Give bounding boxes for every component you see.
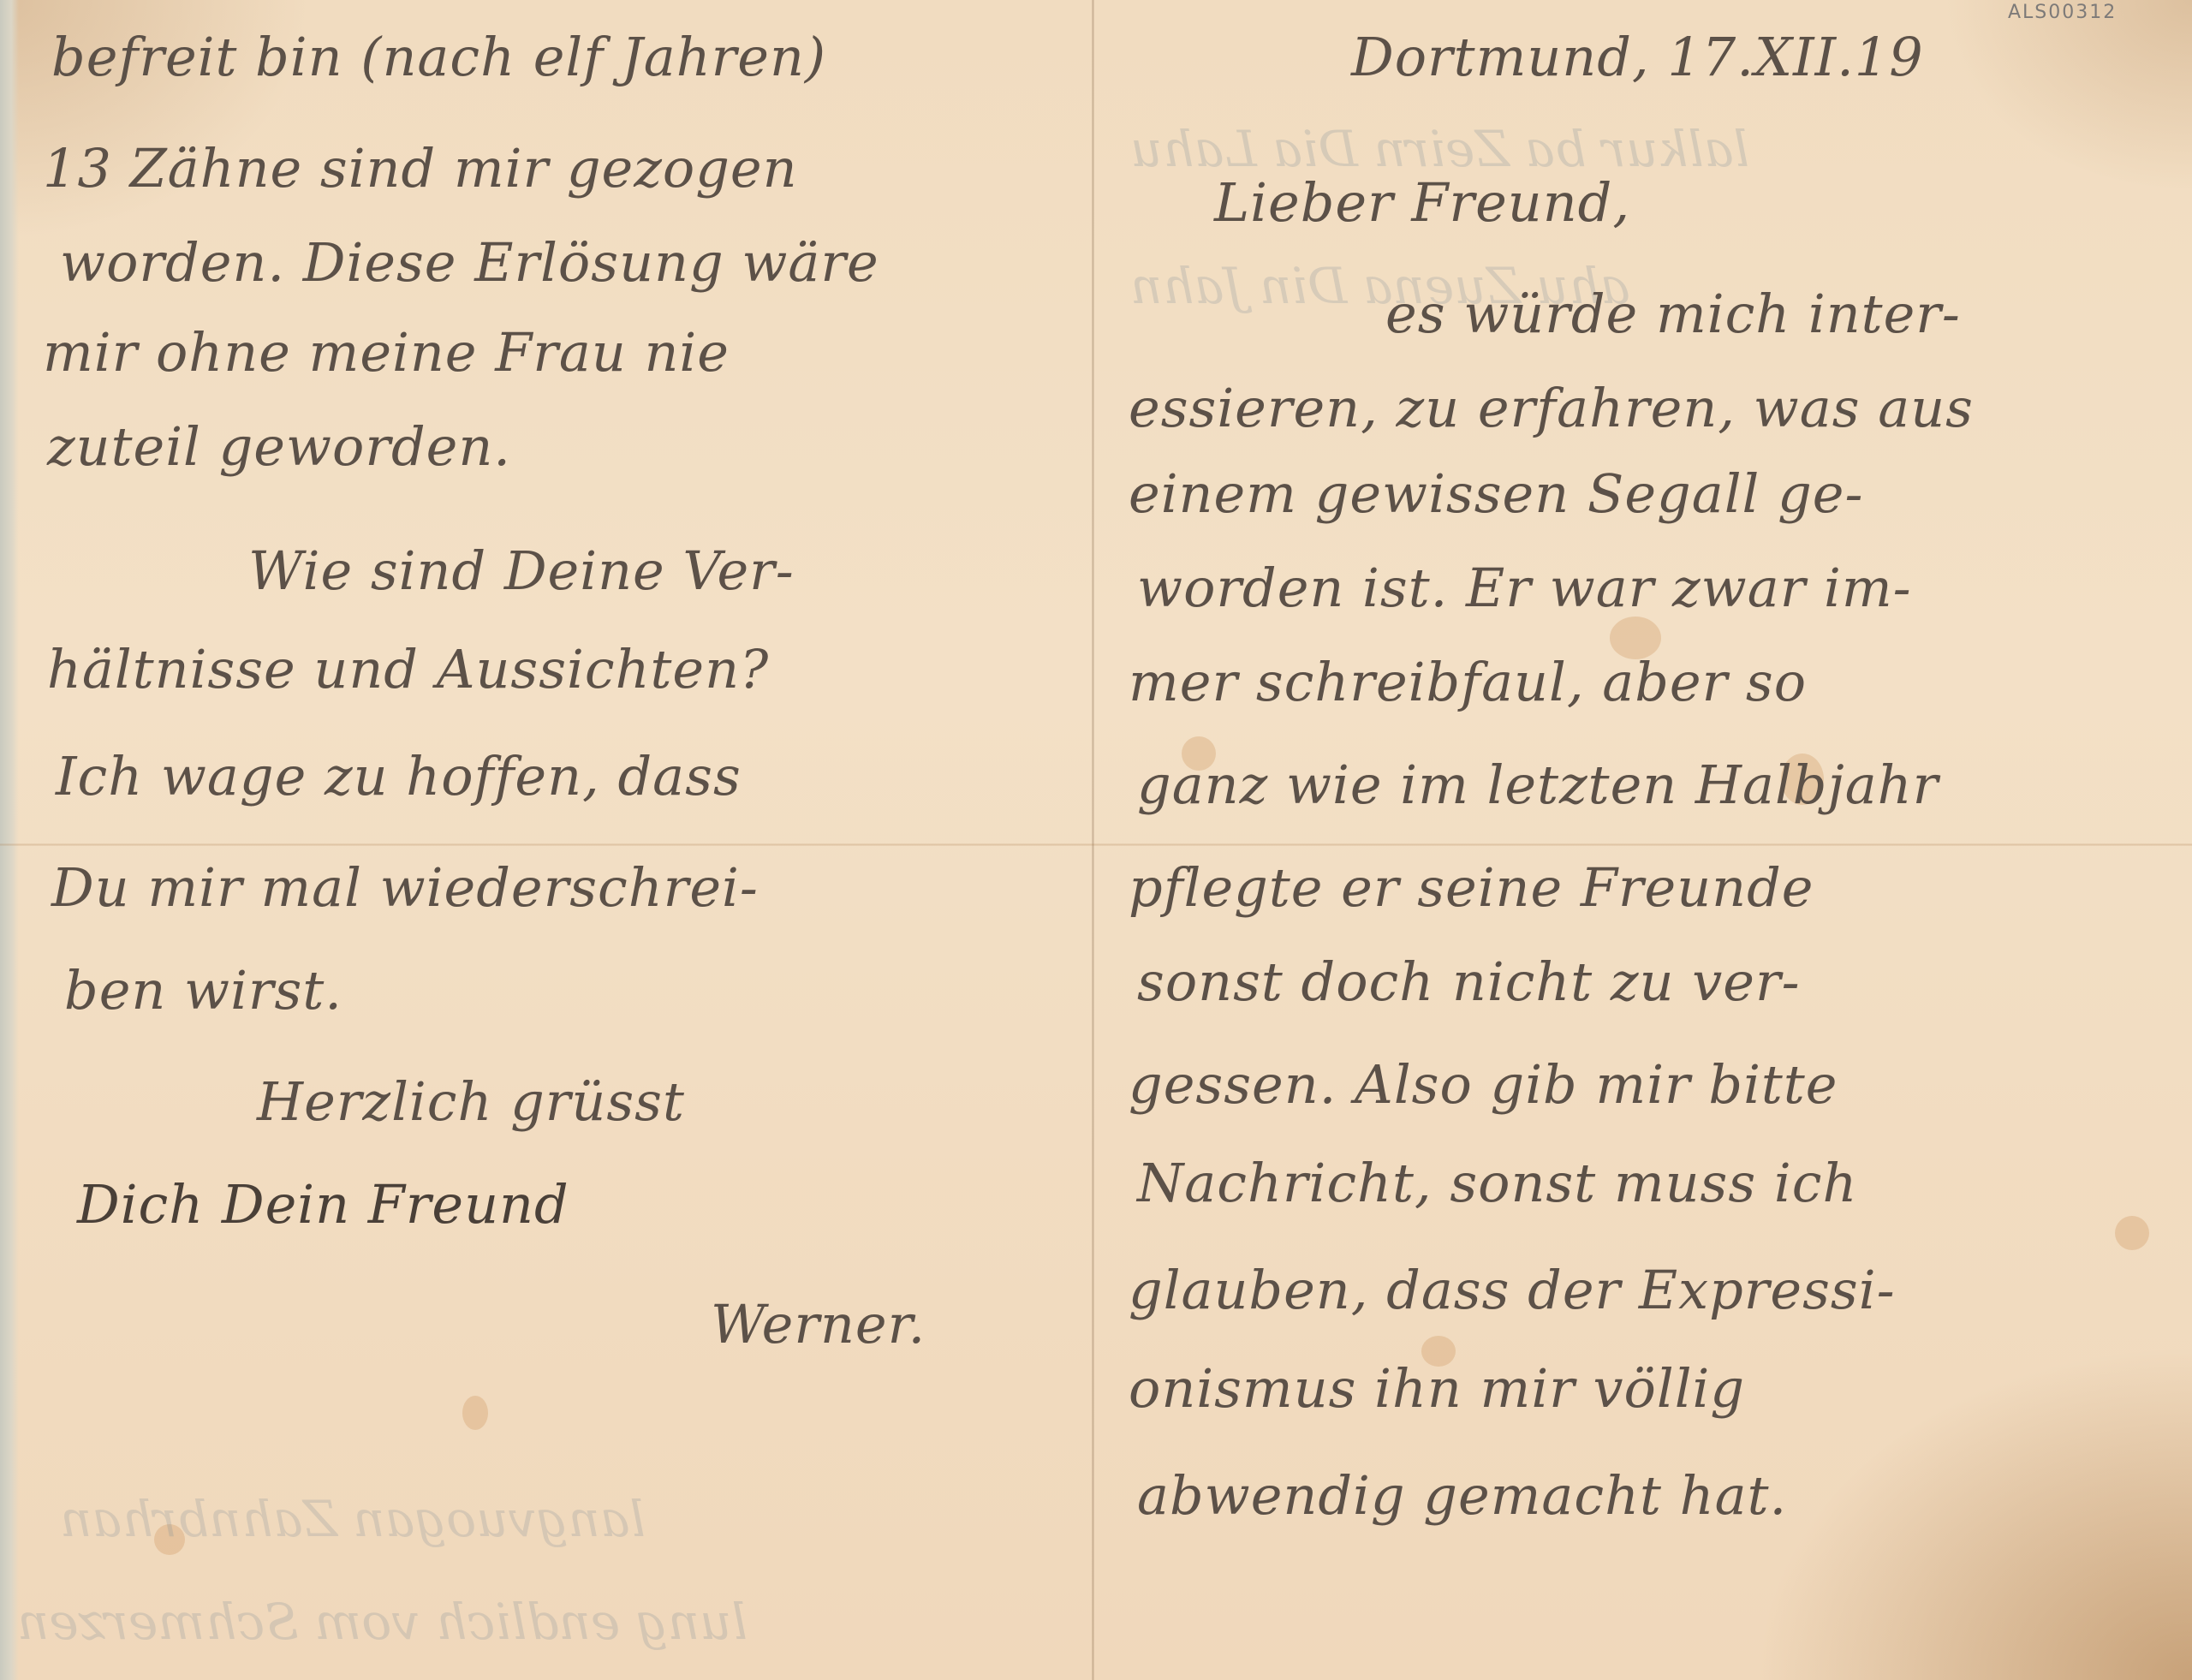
letter-sheet: lalkur ba Zeirn Dia Lahu ahu Zuena Din J…: [0, 0, 2192, 1680]
letter-line: pflegte er seine Freunde: [1129, 856, 1814, 919]
letter-line: Du mir mal wiederschrei-: [51, 856, 759, 919]
letter-line: worden ist. Er war zwar im-: [1137, 557, 1912, 619]
letter-line: mer schreibfaul, aber so: [1129, 651, 1807, 713]
signature: Werner.: [711, 1293, 926, 1355]
letter-line: befreit bin (nach elf Jahren): [51, 26, 826, 88]
letter-line: es würde mich inter-: [1385, 283, 1961, 345]
letter-line: 13 Zähne sind mir gezogen: [43, 137, 798, 200]
letter-line: mir ohne meine Frau nie: [43, 321, 730, 384]
closing-greeting: Herzlich grüsst: [257, 1070, 685, 1133]
right-page: Dortmund, 17.XII.19 Lieber Freund, es wü…: [1094, 0, 2192, 1680]
letter-line: hältnisse und Aussichten?: [47, 638, 769, 700]
letter-line: glauben, dass der Expressi-: [1129, 1259, 1896, 1321]
letter-line: einem gewissen Segall ge-: [1129, 462, 1863, 525]
left-page: befreit bin (nach elf Jahren) 13 Zähne s…: [0, 0, 1092, 1680]
letter-line: Wie sind Deine Ver-: [248, 539, 795, 602]
letter-line: sonst doch nicht zu ver-: [1137, 950, 1801, 1013]
letter-line: ben wirst.: [64, 959, 342, 1022]
letter-line: ganz wie im letzten Halbjahr: [1137, 754, 1939, 816]
letter-line: zuteil geworden.: [47, 415, 511, 478]
closing-greeting: Dich Dein Freund: [77, 1173, 569, 1236]
letter-line: worden. Diese Erlösung wäre: [60, 231, 879, 294]
letter-line: Nachricht, sonst muss ich: [1137, 1152, 1857, 1214]
letter-line: gessen. Also gib mir bitte: [1129, 1053, 1838, 1116]
letter-line: essieren, zu erfahren, was aus: [1129, 377, 1974, 439]
letter-line: abwendig gemacht hat.: [1137, 1464, 1787, 1527]
salutation: Lieber Freund,: [1214, 171, 1630, 234]
place-date: Dortmund, 17.XII.19: [1351, 26, 1924, 88]
letter-line: Ich wage zu hoffen, dass: [56, 745, 742, 807]
letter-line: onismus ihn mir völlig: [1129, 1357, 1745, 1420]
